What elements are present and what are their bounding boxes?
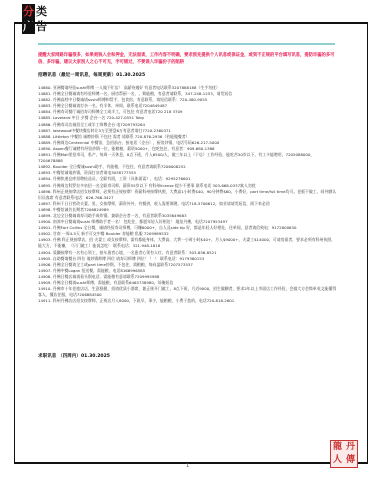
seal-stamp-icon: 龍 丹 人 傳 xyxy=(330,440,358,468)
logo-char: 分 xyxy=(22,4,35,19)
section-title-job-seeking: 求职讯息 （四周内）01.30.2025 xyxy=(38,353,110,359)
divider-rule xyxy=(38,43,335,45)
stamp-char: 丹 xyxy=(344,441,357,454)
listing-list: 14880. 亚洲餐请经验sushi师傅 一人做不忙店！ 高薪待遇好 有意者电话… xyxy=(38,85,338,304)
page-number: 1 xyxy=(186,463,189,469)
logo-char: 类 xyxy=(35,4,48,19)
scam-warning-notice: 提醒大家网路诈骗很多，如果刻钱入会和押金，无法面谈，工作内容不明确，要求预先提供… xyxy=(38,52,338,66)
section-title-hiring: 招聘讯息（最近一周讯息，每周更新）01.30.2025 xyxy=(38,72,145,78)
stamp-char: 人 xyxy=(331,454,344,467)
stamp-char: 傳 xyxy=(344,454,357,467)
listing-item: 14891. 丹佛Mall里招寿司，私产，每周一天休息，8点下班，月入6500/… xyxy=(38,152,338,164)
listing-item: 14896. 科州正规按摩店招女按摩师，必须有正规按摩！资薪科州按摩执照，大费高… xyxy=(38,189,338,201)
listing-item: 14903. 丹佛 科正规按摩店，招 夫妻工 或女按摩师，需有都能身体，大费高，… xyxy=(38,237,338,249)
stamp-char: 龍 xyxy=(331,441,344,454)
listing-item: 14910. 丹佛市十年老旅店店，生意稳健，招请优质小酒席，兼正规开门做工，8点… xyxy=(38,286,338,298)
listing-item: 14911. 科州丹佛店店招女按摩师，正规店月入8000，下班早，事少，能粮粮，… xyxy=(38,298,338,304)
